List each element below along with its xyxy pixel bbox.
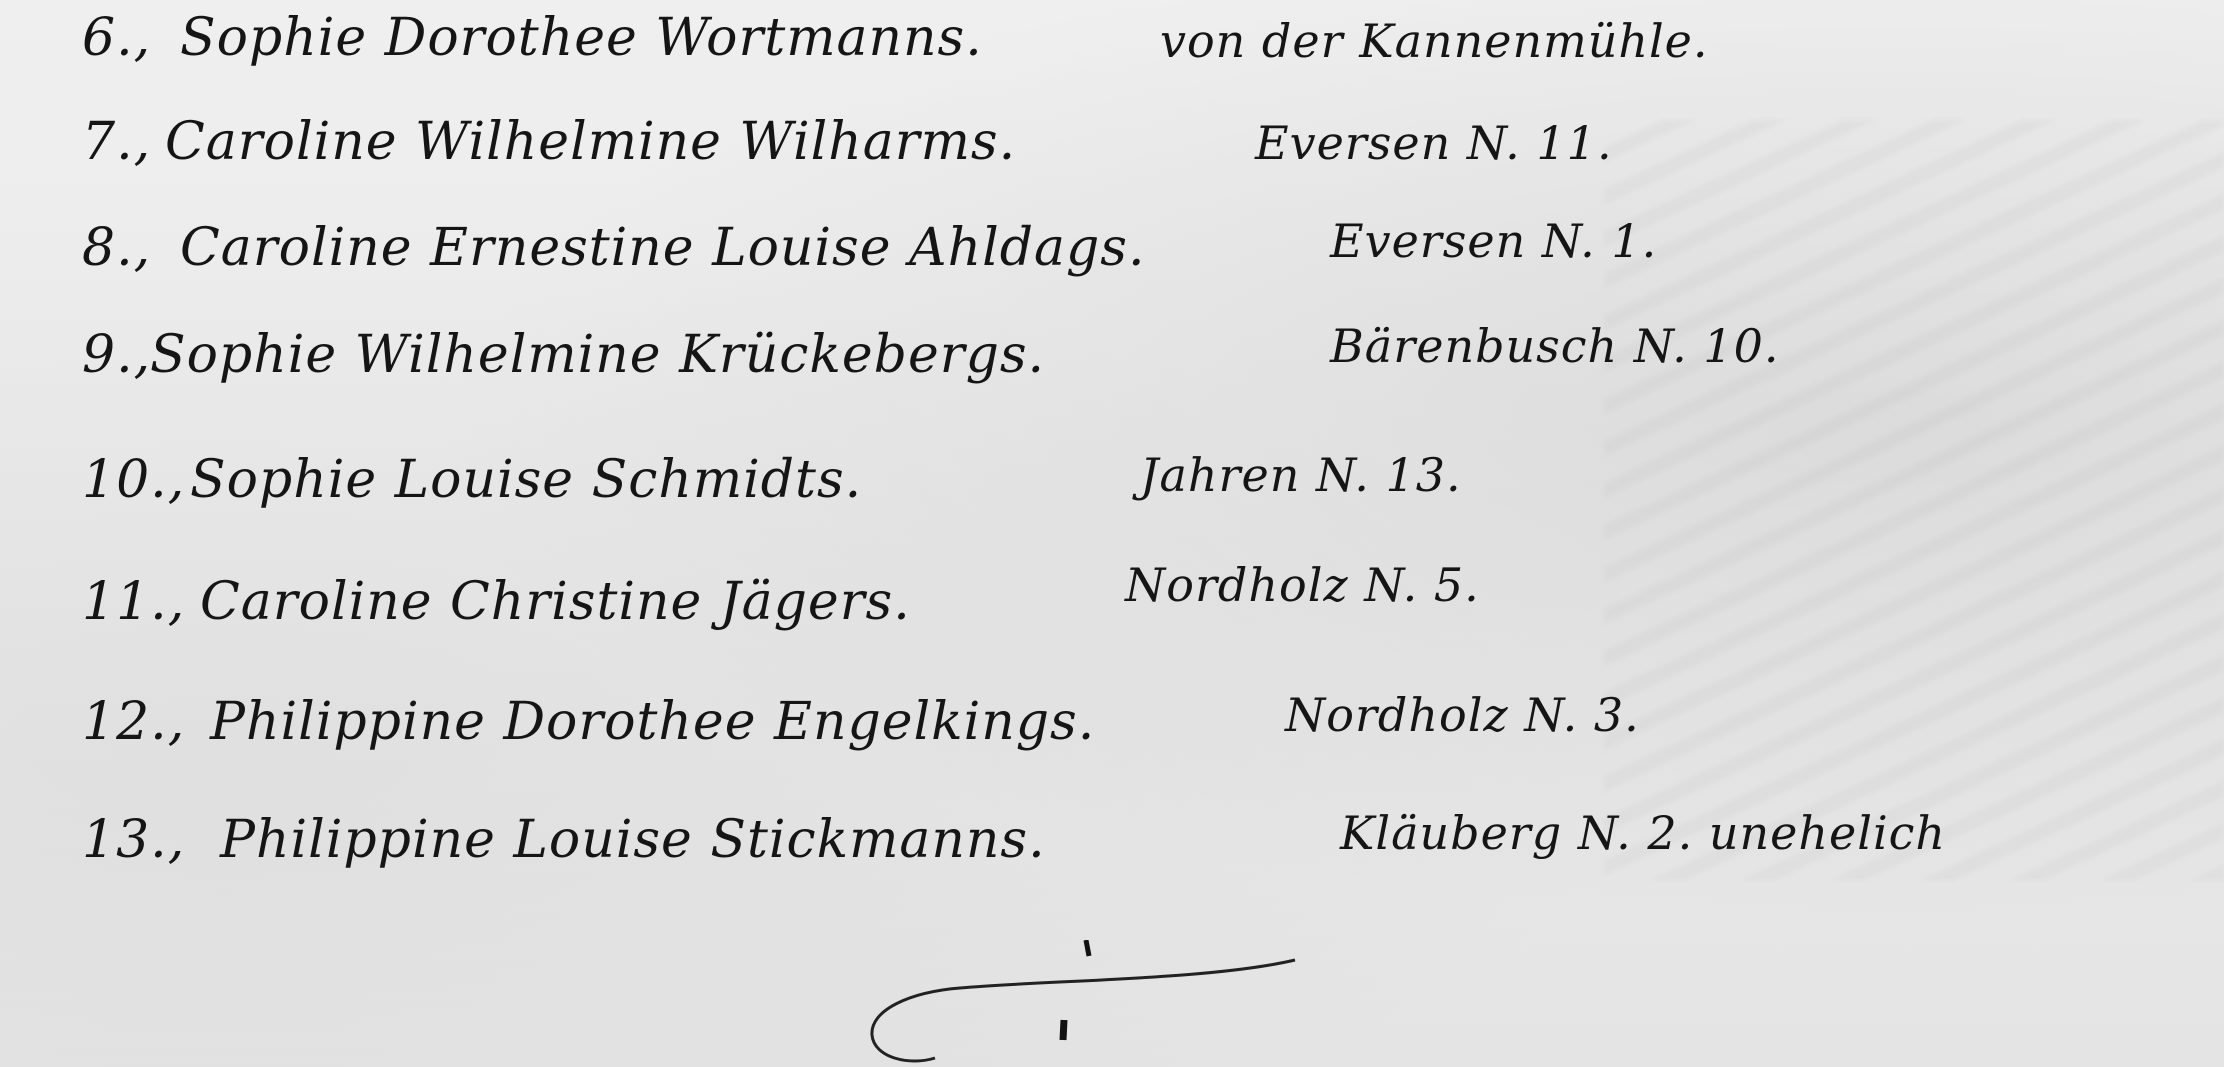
bleed-through-texture (1604, 120, 2224, 880)
entry-number: 11., (82, 572, 185, 632)
entry-name: Caroline Wilhelmine Wilharms. (165, 112, 1016, 172)
entry-place: Nordholz N. 3. (1285, 688, 1640, 742)
entry-number: 13., (82, 810, 185, 870)
entry-name: Sophie Dorothee Wortmanns. (180, 8, 983, 68)
entry-name: Philippine Dorothee Engelkings. (210, 692, 1095, 752)
entry-place: Bärenbusch N. 10. (1330, 319, 1779, 373)
entry-place: Eversen N. 1. (1330, 214, 1657, 268)
entry-name: Sophie Wilhelmine Krückebergs. (150, 325, 1045, 385)
entry-number: 7., (82, 112, 151, 172)
document-page: 6., Sophie Dorothee Wortmanns. von der K… (0, 0, 2224, 1067)
entry-number: 6., (82, 8, 151, 68)
entry-number: 9., (82, 325, 151, 385)
entry-place: Kläuberg N. 2. unehelich (1340, 806, 1946, 860)
entry-number: 12., (82, 692, 185, 752)
entry-name: Sophie Louise Schmidts. (190, 450, 862, 510)
entry-place: Eversen N. 11. (1255, 116, 1613, 170)
entry-number: 8., (82, 218, 151, 278)
entry-place: Nordholz N. 5. (1125, 558, 1480, 612)
closing-flourish-icon (850, 940, 1310, 1067)
entry-place: von der Kannenmühle. (1160, 14, 1709, 68)
entry-name: Caroline Christine Jägers. (200, 572, 911, 632)
entry-name: Philippine Louise Stickmanns. (220, 810, 1046, 870)
entry-name: Caroline Ernestine Louise Ahldags. (180, 218, 1146, 278)
entry-number: 10., (82, 450, 185, 510)
entry-place: Jahren N. 13. (1140, 448, 1462, 502)
